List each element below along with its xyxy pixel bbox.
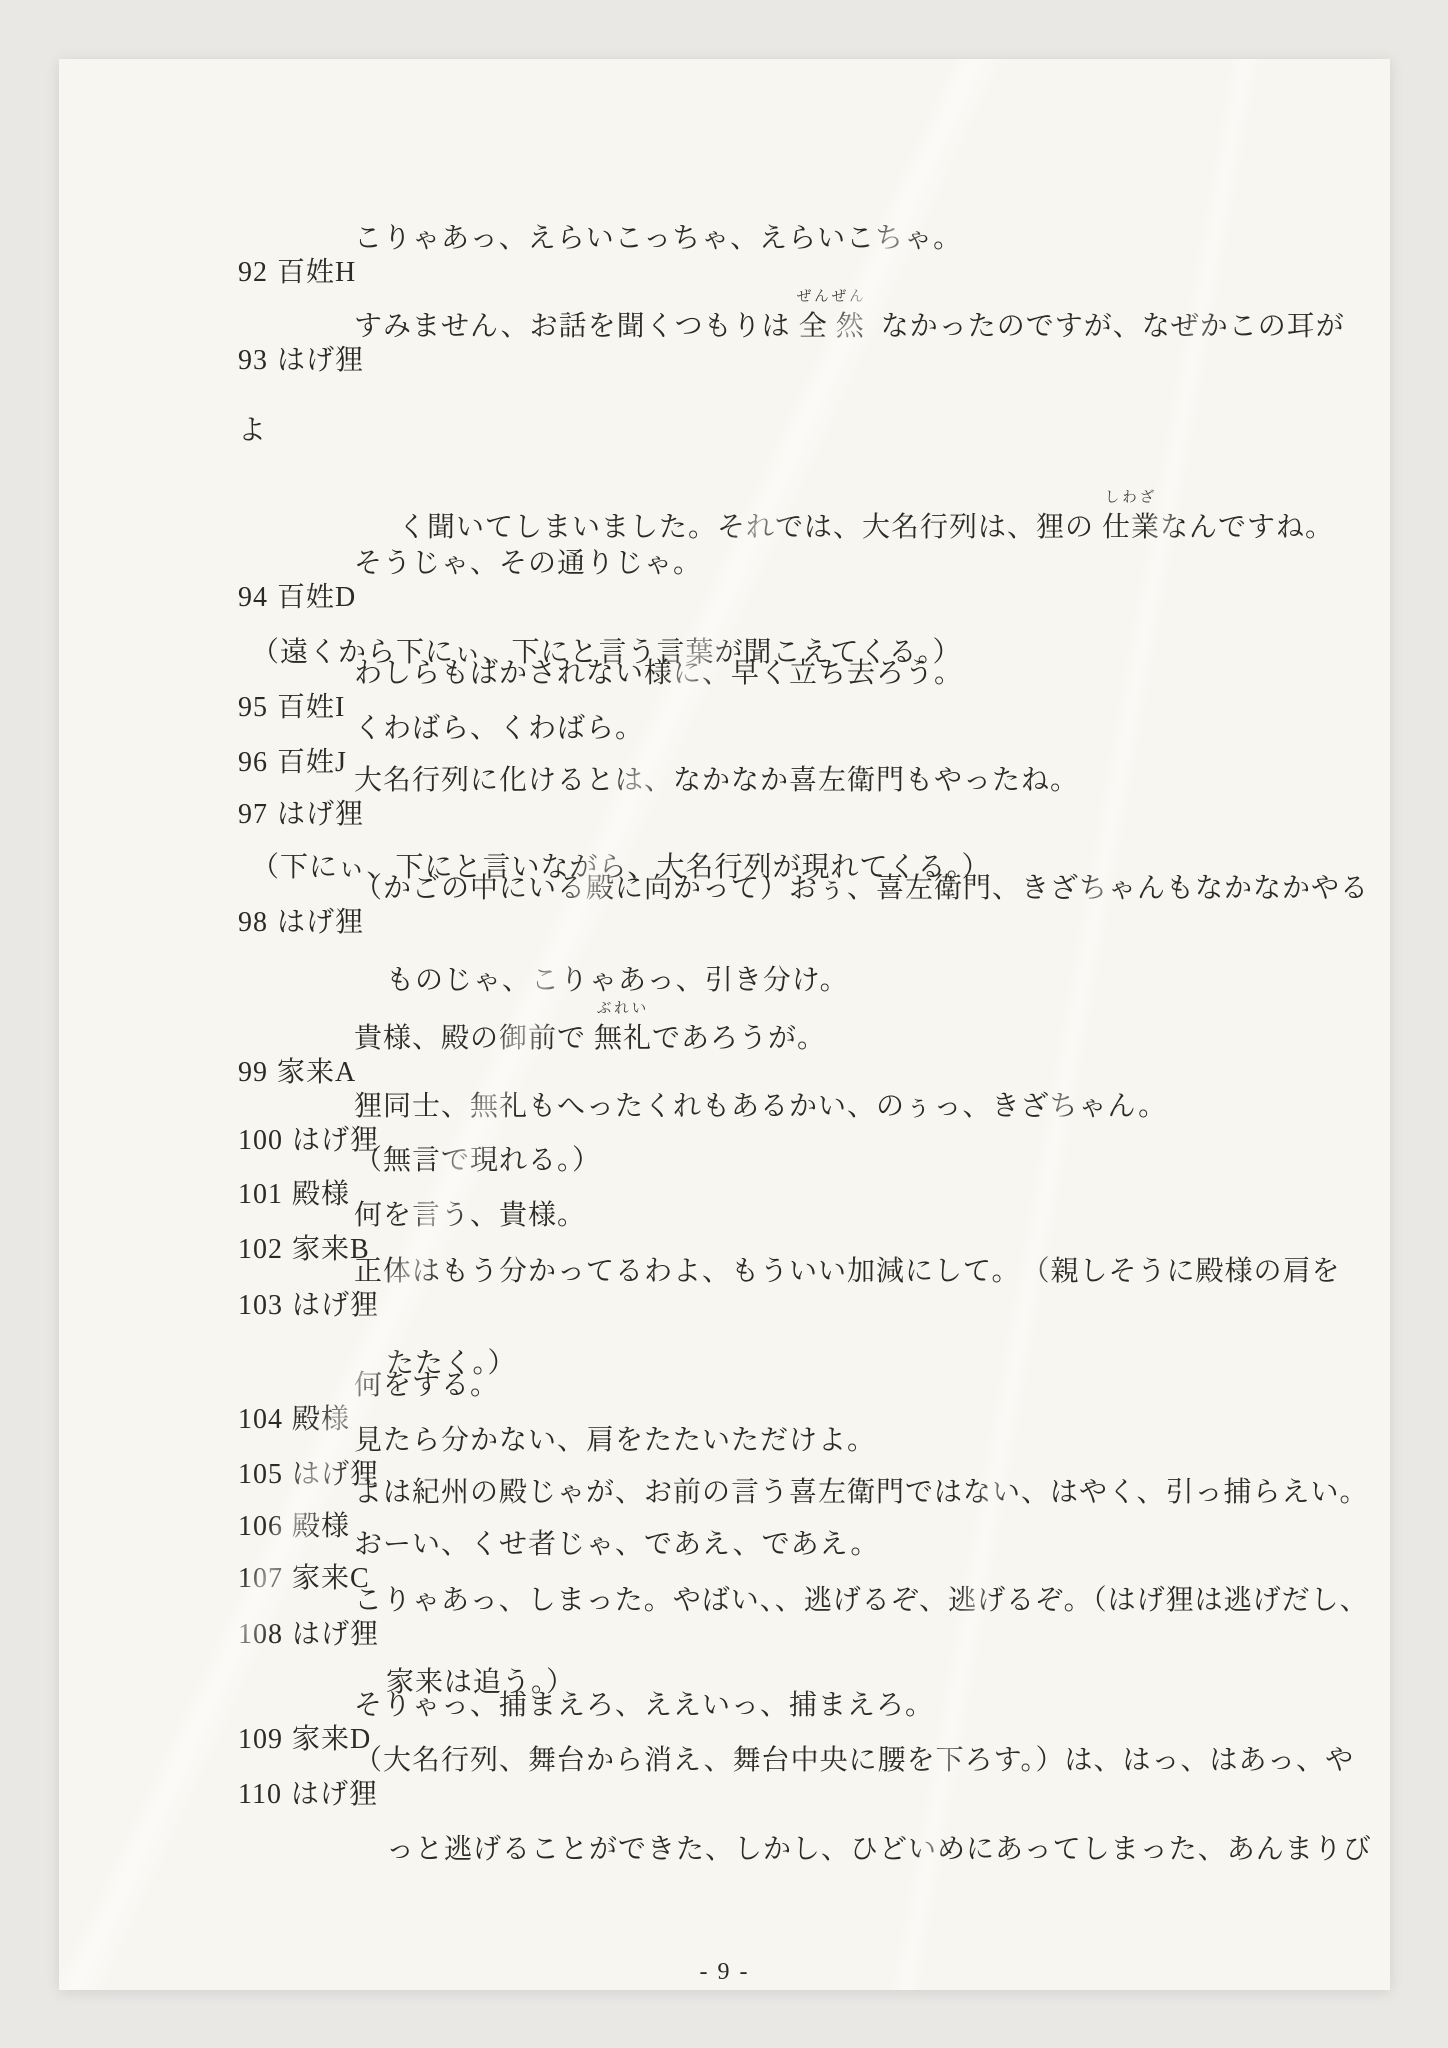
- line-number: 99: [238, 1057, 268, 1088]
- continuation-line: っと逃げることができた、しかし、ひどいめにあってしまった、あんまりび: [354, 1799, 1372, 1901]
- dialogue-text: おーい、くせ者じゃ、であえ、であえ。: [354, 1528, 879, 1562]
- page-number: - 9 -: [59, 1959, 1390, 1986]
- dialogue-text: こりゃあっ、しまった。やばい、、逃げるぞ、逃げるぞ。（はげ狸は逃げだし、: [354, 1584, 1369, 1618]
- dialogue-text: 何をする。: [354, 1369, 499, 1403]
- dialogue-text: 大名行列に化けるとは、なかなか喜左衛門もやったね。: [354, 764, 1079, 798]
- speaker-name: はげ狸: [277, 345, 364, 376]
- furigana: しわざ: [1105, 491, 1158, 506]
- furigana: ぜんぜん: [797, 290, 867, 305]
- ruby-base: 仕業: [1102, 512, 1160, 543]
- dialogue-text: くわばら、くわばら。: [354, 712, 644, 746]
- dialogue-text: （かごの中にいる殿に向かって）おぅ、喜左衛門、きざちゃんもなかなかやる: [354, 872, 1369, 906]
- wrapped-text-line: よ: [206, 380, 267, 482]
- furigana: ぶれい: [597, 1002, 650, 1017]
- dialogue-text: そうじゃ、その通りじゃ。: [354, 547, 702, 581]
- dialogue-segment: なかったのですが、なぜかこの耳が: [865, 311, 1345, 342]
- speaker-name: 百姓H: [277, 257, 356, 288]
- ruby-base: 無礼: [594, 1023, 652, 1054]
- dialogue-text: （大名行列、舞台から消え、舞台中央に腰を下ろす。）は、はっ、はあっ、や: [354, 1744, 1354, 1778]
- script-line: 98はげ狸 （かごの中にいる殿に向かって）おぅ、喜左衛門、きざちゃんもなかなかや…: [206, 872, 364, 1008]
- dialogue-text: すみません、お話を聞くつもりは ぜんぜん全 然 なかったのですが、なぜかこの耳が: [354, 310, 1345, 344]
- ruby-word: ぶれい無礼: [594, 1022, 652, 1056]
- dialogue-text: 狸同士、無礼もへったくれもあるかい、のぅっ、きざちゃん。: [354, 1090, 1167, 1124]
- script-line: 110はげ狸 （大名行列、舞台から消え、舞台中央に腰を下ろす。）は、はっ、はあっ…: [206, 1744, 378, 1880]
- dialogue-segment: く聞いてしまいました。それでは、大名行列は、狸の: [398, 512, 1102, 543]
- dialogue-segment: 貴様、殿の御前で: [354, 1023, 594, 1054]
- dialogue-segment: であろうが。: [652, 1023, 826, 1054]
- dialogue-text: 正体はもう分かってるわよ、もういい加減にして。 （親しそうに殿様の肩を: [354, 1255, 1340, 1289]
- dialogue-text: わしらもばかされない様に、早く立ち去ろう。: [354, 657, 963, 691]
- line-number: 92: [238, 257, 268, 288]
- dialogue-text: よ: [238, 415, 267, 446]
- continuation-line: ものじゃ、こりゃあっ、引き分け。: [354, 930, 849, 1032]
- speaker-name: 家来A: [277, 1057, 356, 1088]
- dialogue-text: 貴様、殿の御前で ぶれい無礼であろうが。: [354, 1022, 826, 1056]
- dialogue-segment: なんですね。: [1160, 512, 1334, 543]
- dialogue-text: そりゃっ、捕まえろ、ええいっ、捕まえろ。: [354, 1689, 934, 1723]
- line-number: 103: [238, 1290, 283, 1321]
- dialogue-text: 見たら分かない、肩をたたいただけよ。: [354, 1424, 876, 1458]
- ruby-word: ぜんぜん全 然: [799, 310, 865, 344]
- line-number: 110: [238, 1779, 282, 1810]
- screenshot-root: { "document": { "page_number": "- 9 -", …: [0, 0, 1448, 2048]
- dialogue-text: こりゃあっ、えらいこっちゃ、えらいこちゃ。: [354, 222, 962, 256]
- line-number: 93: [238, 345, 268, 376]
- script-page: 92百姓H こりゃあっ、えらいこっちゃ、えらいこちゃ。 93はげ狸 すみません、…: [59, 59, 1390, 1990]
- line-number: 108: [238, 1619, 283, 1650]
- line-number: 98: [238, 907, 268, 938]
- dialogue-text: ものじゃ、こりゃあっ、引き分け。: [386, 965, 849, 996]
- speaker-name: はげ狸: [277, 907, 364, 938]
- dialogue-text: っと逃げることができた、しかし、ひどいめにあってしまった、あんまりび: [386, 1834, 1372, 1865]
- dialogue-text: よは紀州の殿じゃが、お前の言う喜左衛門ではない、はやく、引っ捕らえい。: [354, 1476, 1368, 1510]
- ruby-base: 全 然: [799, 311, 865, 342]
- dialogue-text: 何を言う、貴様。: [354, 1199, 586, 1233]
- ruby-word: しわざ仕業: [1102, 511, 1160, 545]
- dialogue-segment: すみません、お話を聞くつもりは: [354, 311, 799, 342]
- dialogue-text: （無言で現れる。）: [354, 1144, 601, 1178]
